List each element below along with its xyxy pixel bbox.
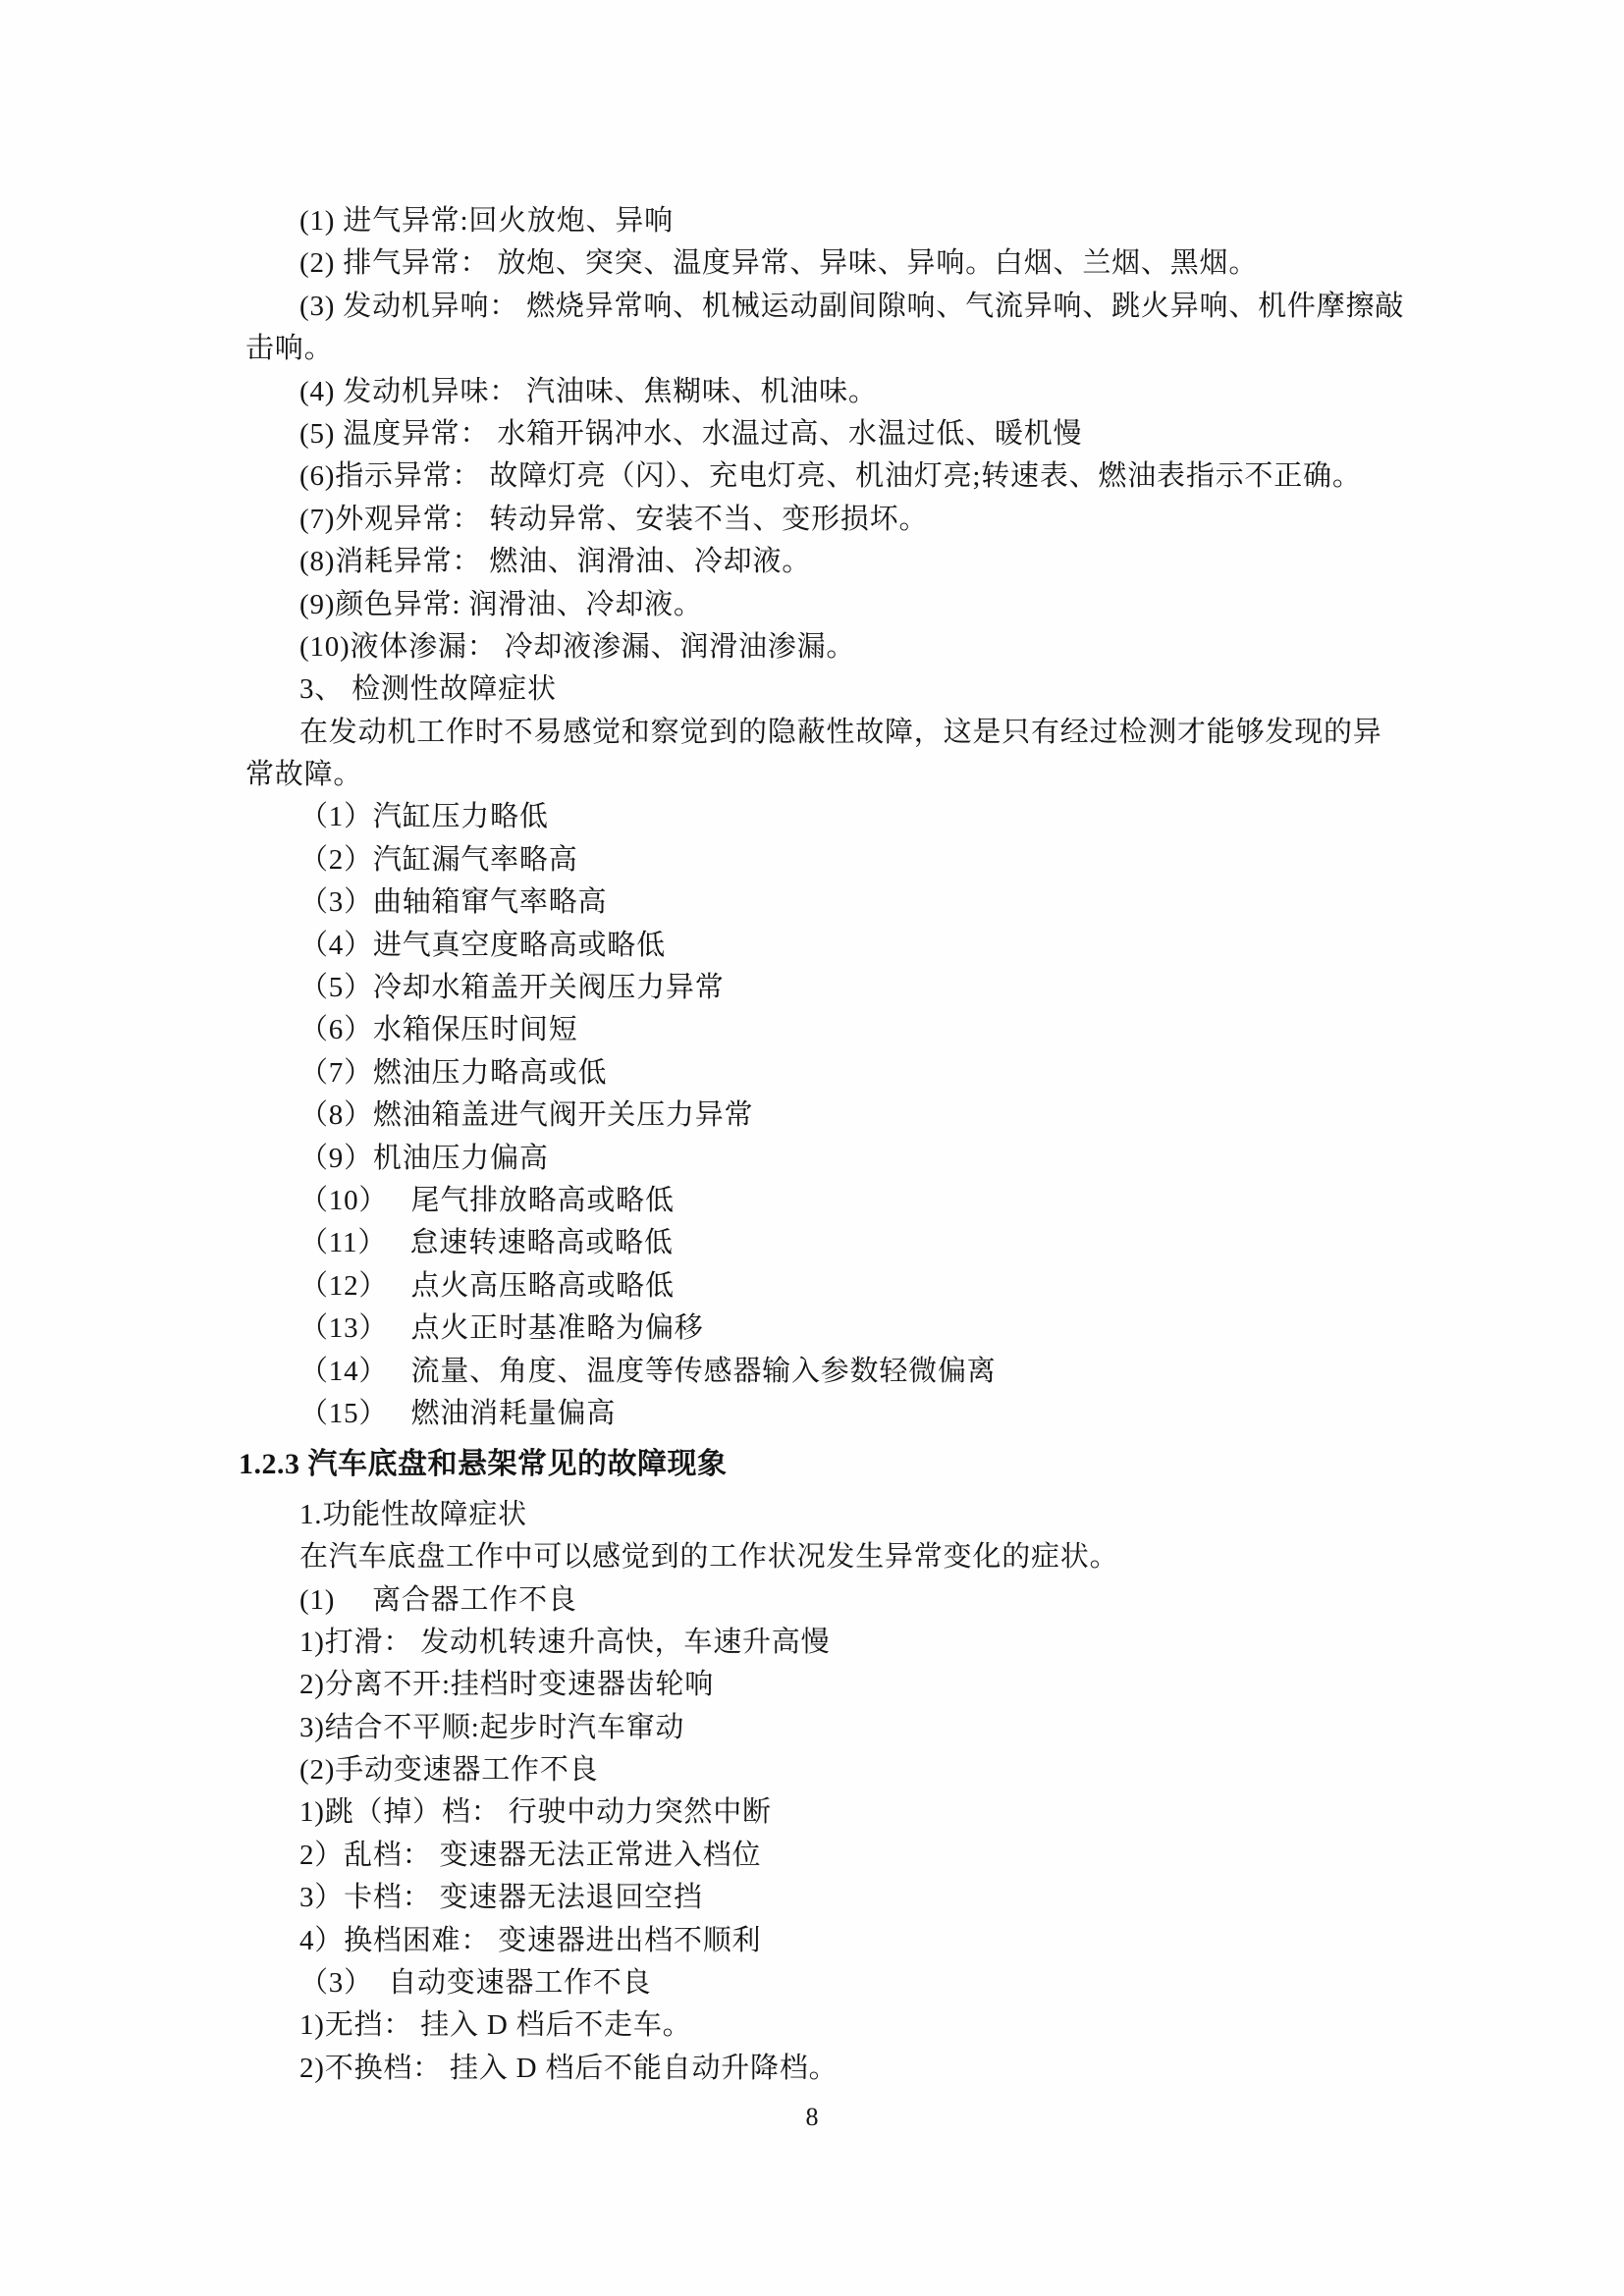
text-line: （1）汽缸压力略低 (245, 796, 1394, 838)
text-line: (7)外观异常： 转动异常、安装不当、变形损坏。 (245, 499, 1394, 541)
text-line: 1)跳（掉）档： 行驶中动力突然中断 (245, 1791, 1394, 1834)
text-line: (9)颜色异常: 润滑油、冷却液。 (245, 584, 1394, 626)
text-line: 1.功能性故障症状 (245, 1494, 1394, 1536)
text-line: （9）机油压力偏高 (245, 1138, 1394, 1180)
text-line: （8）燃油箱盖进气阀开关压力异常 (245, 1095, 1394, 1137)
text-line: （10） 尾气排放略高或略低 (245, 1180, 1394, 1222)
text-line: （11） 怠速转速略高或略低 (245, 1222, 1394, 1264)
text-line: (6)指示异常： 故障灯亮（闪）、充电灯亮、机油灯亮;转速表、燃油表指示不正确。 (245, 455, 1394, 498)
text-line: (1) 离合器工作不良 (245, 1579, 1394, 1622)
text-line: 1)打滑： 发动机转速升高快，车速升高慢 (245, 1622, 1394, 1664)
text-line: （14） 流量、角度、温度等传感器输入参数轻微偏离 (245, 1351, 1394, 1393)
text-line: 3）卡档： 变速器无法退回空挡 (245, 1877, 1394, 1919)
text-line: （12） 点火高压略高或略低 (245, 1265, 1394, 1308)
text-line: 常故障。 (245, 754, 1394, 796)
text-line: 2)不换档： 挂入 D 档后不能自动升降档。 (245, 2048, 1394, 2090)
text-line: (8)消耗异常： 燃油、润滑油、冷却液。 (245, 541, 1394, 583)
text-line: （15） 燃油消耗量偏高 (245, 1393, 1394, 1435)
text-line: (2)手动变速器工作不良 (245, 1749, 1394, 1791)
text-line: （13） 点火正时基准略为偏移 (245, 1308, 1394, 1350)
text-line: 1)无挡： 挂入 D 档后不走车。 (245, 2004, 1394, 2047)
text-line: 3、 检测性故障症状 (245, 668, 1394, 711)
text-line: 3)结合不平顺:起步时汽车窜动 (245, 1707, 1394, 1749)
text-line: （2）汽缸漏气率略高 (245, 839, 1394, 881)
text-line: （7）燃油压力略高或低 (245, 1052, 1394, 1095)
page-number: 8 (0, 2103, 1624, 2132)
text-line: (4) 发动机异味： 汽油味、焦糊味、机油味。 (245, 371, 1394, 413)
text-line: 4）换档困难： 变速器进出档不顺利 (245, 1920, 1394, 1962)
text-line: （4）进气真空度略高或略低 (245, 925, 1394, 967)
text-line: （5）冷却水箱盖开关阀压力异常 (245, 967, 1394, 1009)
text-line: （6）水箱保压时间短 (245, 1009, 1394, 1051)
section-heading: 1.2.3 汽车底盘和悬架常见的故障现象 (239, 1443, 1394, 1485)
text-line: 击响。 (245, 328, 1394, 370)
text-line: (10)液体渗漏： 冷却液渗漏、润滑油渗漏。 (245, 626, 1394, 668)
text-line: 在汽车底盘工作中可以感觉到的工作状况发生异常变化的症状。 (245, 1536, 1394, 1578)
document-page: (1) 进气异常:回火放炮、异响(2) 排气异常： 放炮、突突、温度异常、异味、… (0, 0, 1624, 2296)
text-line: (3) 发动机异响： 燃烧异常响、机械运动副间隙响、气流异响、跳火异响、机件摩擦… (245, 286, 1394, 328)
text-line: 在发动机工作时不易感觉和察觉到的隐蔽性故障，这是只有经过检测才能够发现的异 (245, 712, 1394, 754)
text-line: (2) 排气异常： 放炮、突突、温度异常、异味、异响。白烟、兰烟、黑烟。 (245, 242, 1394, 285)
text-line: 2）乱档： 变速器无法正常进入档位 (245, 1835, 1394, 1877)
document-body: (1) 进气异常:回火放炮、异响(2) 排气异常： 放炮、突突、温度异常、异味、… (245, 200, 1394, 2090)
text-line: (5) 温度异常： 水箱开锅冲水、水温过高、水温过低、暖机慢 (245, 413, 1394, 455)
text-line: （3）曲轴箱窜气率略高 (245, 881, 1394, 924)
text-line: 2)分离不开:挂档时变速器齿轮响 (245, 1664, 1394, 1706)
text-line: (1) 进气异常:回火放炮、异响 (245, 200, 1394, 242)
text-line: （3） 自动变速器工作不良 (245, 1962, 1394, 2004)
